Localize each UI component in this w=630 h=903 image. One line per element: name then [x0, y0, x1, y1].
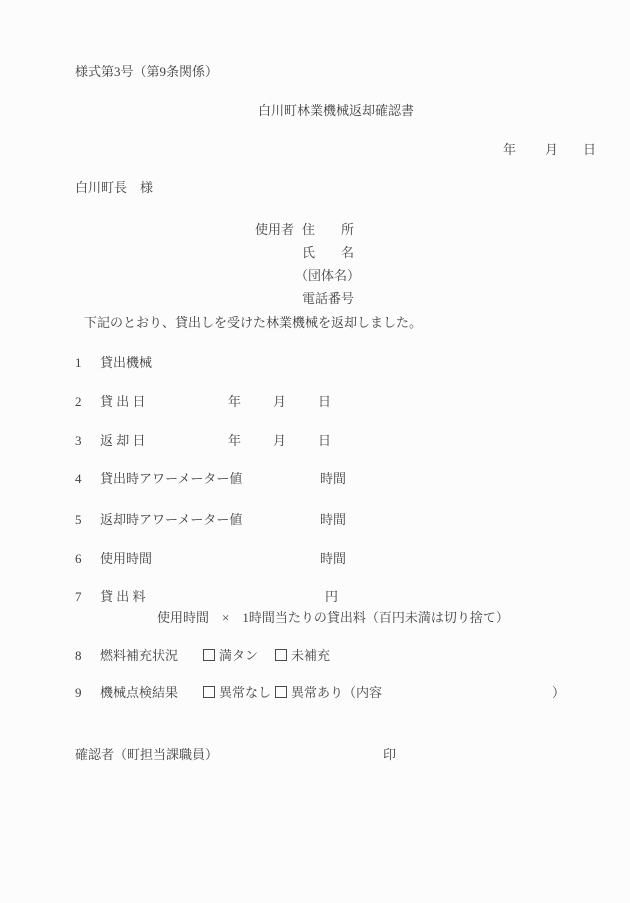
addressee: 白川町長 様: [75, 180, 153, 196]
item-2-year-label: 年: [228, 394, 241, 410]
seal-label: 印: [383, 747, 396, 763]
item-4-number: 4: [75, 471, 82, 487]
item-2-day-label: 日: [318, 394, 331, 410]
header-date-year-label: 年: [503, 142, 516, 158]
item-2-number: 2: [75, 394, 82, 410]
intro-text: 下記のとおり、貸出しを受けた林業機械を返却しました。: [84, 315, 422, 331]
item-8-option-full-tank: 満タン: [203, 648, 258, 664]
item-9-option-abnormality: 異常あり（内容: [275, 685, 382, 701]
header-date-day-label: 日: [583, 142, 596, 158]
item-6-unit-label: 時間: [320, 551, 346, 567]
option-abnormality-label: 異常あり（内容: [291, 685, 382, 700]
option-not-refilled-label: 未補充: [291, 648, 330, 663]
user-field-address: 住 所: [302, 222, 354, 238]
item-5-number: 5: [75, 512, 82, 528]
checkbox-full-tank-icon: [203, 649, 215, 661]
item-3-year-label: 年: [228, 433, 241, 449]
item-7-formula-note: 使用時間 × 1時間当たりの貸出料（百円未満は切り捨て）: [157, 610, 509, 626]
item-1-label: 貸出機械: [100, 355, 152, 371]
user-role-label: 使用者: [255, 222, 294, 238]
item-9-close-paren: ）: [552, 685, 565, 701]
item-2-month-label: 月: [273, 394, 286, 410]
item-3-label: 返 却 日: [100, 433, 146, 449]
checkbox-no-abnormality-icon: [203, 686, 215, 698]
user-field-organization: （団体名）: [295, 268, 360, 284]
form-number: 様式第3号（第9条関係）: [75, 64, 218, 80]
user-field-phone: 電話番号: [302, 291, 354, 307]
item-5-label: 返却時アワーメーター値: [100, 512, 242, 528]
item-8-label: 燃料補充状況: [100, 648, 178, 664]
option-no-abnormality-label: 異常なし: [219, 685, 271, 700]
item-9-label: 機械点検結果: [100, 685, 178, 701]
item-8-number: 8: [75, 648, 82, 664]
item-2-label: 貸 出 日: [100, 394, 146, 410]
document-page: 様式第3号（第9条関係） 白川町林業機械返却確認書 年 月 日 白川町長 様 使…: [0, 0, 630, 903]
header-date-month-label: 月: [545, 142, 558, 158]
item-4-unit-label: 時間: [320, 471, 346, 487]
option-full-tank-label: 満タン: [219, 648, 258, 663]
item-9-number: 9: [75, 685, 82, 701]
item-3-day-label: 日: [318, 433, 331, 449]
confirmer-label: 確認者（町担当課職員）: [75, 747, 218, 763]
item-6-label: 使用時間: [100, 551, 152, 567]
item-6-number: 6: [75, 551, 82, 567]
item-8-option-not-refilled: 未補充: [275, 648, 330, 664]
item-9-option-no-abnormality: 異常なし: [203, 685, 271, 701]
user-field-name: 氏 名: [302, 245, 354, 261]
item-7-unit-label: 円: [325, 589, 338, 605]
checkbox-abnormality-icon: [275, 686, 287, 698]
item-5-unit-label: 時間: [320, 512, 346, 528]
item-3-month-label: 月: [273, 433, 286, 449]
item-4-label: 貸出時アワーメーター値: [100, 471, 242, 487]
item-7-number: 7: [75, 589, 82, 605]
document-title: 白川町林業機械返却確認書: [258, 103, 414, 119]
item-7-label: 貸 出 料: [100, 589, 146, 605]
checkbox-not-refilled-icon: [275, 649, 287, 661]
item-1-number: 1: [75, 355, 82, 371]
item-3-number: 3: [75, 433, 82, 449]
